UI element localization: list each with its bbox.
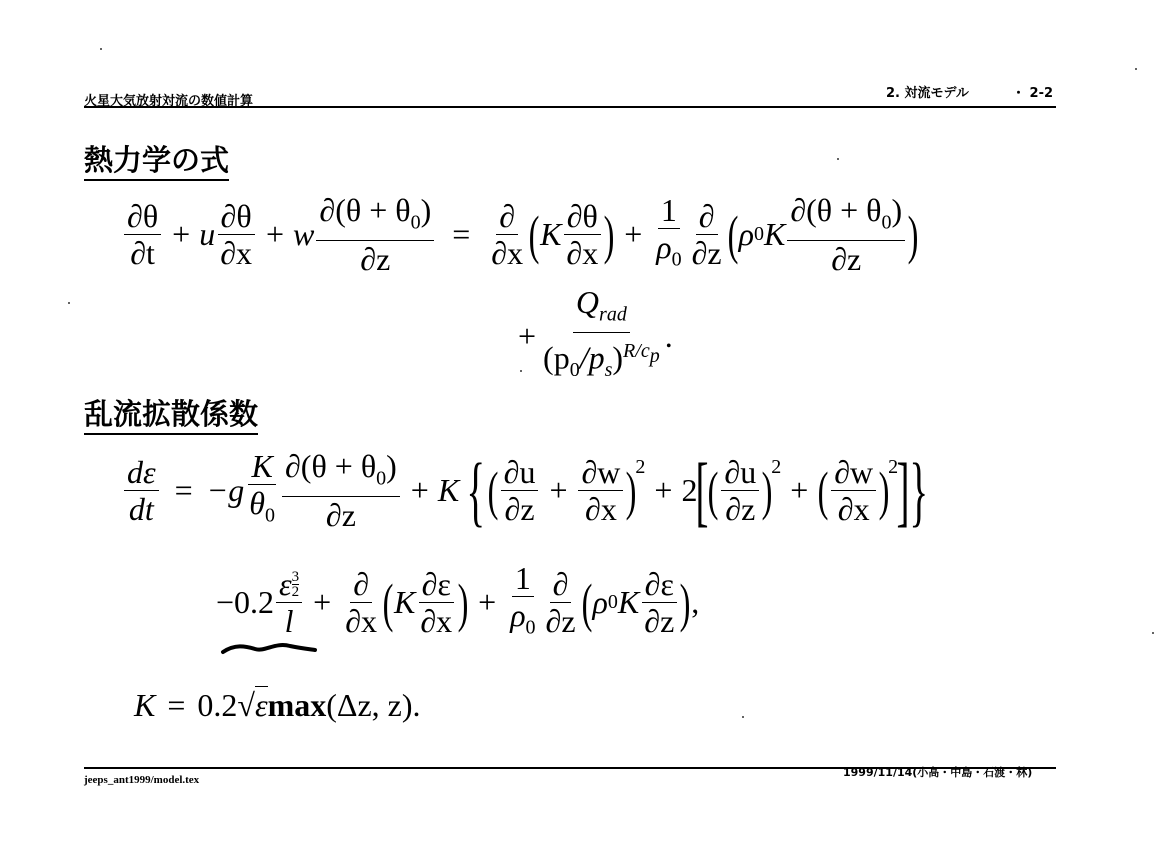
k-definition-equation: K = 0.2 √ε max (Δz, z).	[134, 686, 421, 724]
handwritten-underline-mark	[220, 640, 320, 660]
scan-speck	[742, 716, 744, 718]
thermodynamic-equation-line-1: ∂θ∂t + u ∂θ∂x + w ∂(θ + θ0)∂z = ∂∂x (K ∂…	[122, 192, 919, 277]
scan-speck	[837, 158, 839, 160]
section-title-thermodynamics: 熱力学の式	[84, 142, 229, 181]
section-title-turbulent-diffusion: 乱流拡散係数	[84, 396, 258, 435]
scan-speck	[100, 48, 102, 50]
fraction: ∂θ∂t	[124, 198, 161, 271]
scan-speck	[68, 302, 70, 304]
scan-speck	[520, 370, 522, 372]
date-authors-label: 1999/11/14(小高・中島・石渡・林)	[843, 764, 1032, 780]
scan-speck	[1152, 632, 1154, 634]
header-rule	[84, 106, 1056, 108]
scan-speck	[1135, 68, 1137, 70]
page-number: ・ 2-2	[1012, 82, 1053, 101]
section-label: 2. 対流モデル	[886, 82, 969, 101]
turbulent-equation-line-1: dεdt = −g Kθ0 ∂(θ + θ0)∂z + K {( ∂u∂z + …	[122, 448, 930, 533]
turbulent-equation-line-2: −0.2 ε32 l + ∂∂x (K ∂ε∂x) + 1ρ0 ∂∂z (ρ0K…	[216, 560, 699, 645]
source-file-label: jeeps_ant1999/model.tex	[84, 774, 199, 786]
thermodynamic-equation-line-2: + Qrad (p0/ps)R/cp .	[518, 284, 673, 388]
